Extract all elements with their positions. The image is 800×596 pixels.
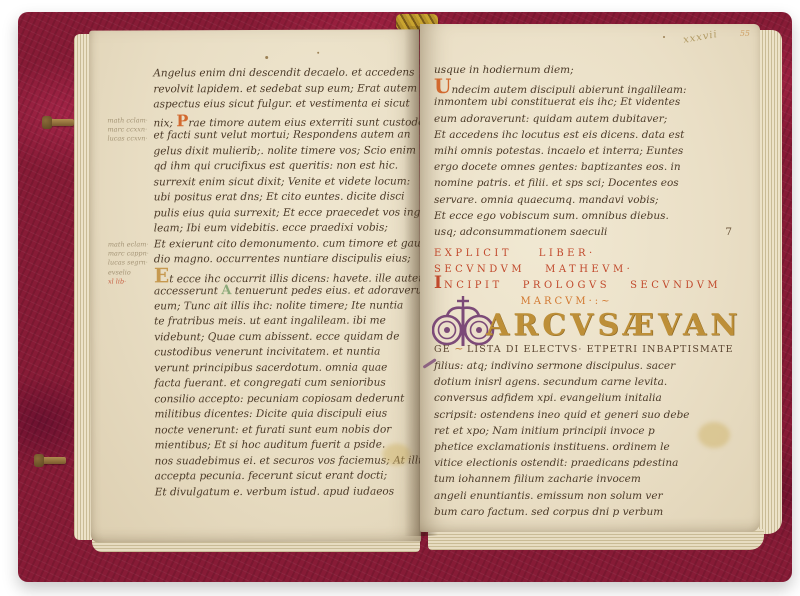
text-segment-rub: SECVNDVM MATHEVM·	[434, 264, 633, 275]
text-line: et facti sunt velut mortui; Respondens a…	[153, 127, 429, 143]
text-line: Et ecce ihc occurrit illis dicens: havet…	[154, 267, 430, 283]
text-segment-ink: verunt principibus sacerdotum. omnia qua…	[154, 361, 387, 374]
text-segment-flo-o: ~	[451, 342, 467, 355]
text-segment-ink: custodibus venerunt incivitatem. et nunt…	[154, 346, 380, 359]
text-segment-ink: usq; adconsummationem saeculi	[434, 226, 607, 238]
text-line: Et accedens ihc locutus est eis dicens. …	[434, 127, 734, 143]
text-segment-ink: te fratribus meis. ut eant ingalileam. i…	[154, 315, 386, 328]
text-segment-ink: dio magno. occurrentes nuntiare discipul…	[154, 252, 411, 265]
text-segment-ink: gelus dixit mulierib;. nolite timere vos…	[154, 144, 416, 157]
text-line: accepta pecunia. fecerunt sicut erant do…	[155, 468, 431, 484]
text-line: dotium inisrl agens. secundum carne levi…	[434, 374, 734, 390]
clasp-pin-knob	[42, 116, 52, 129]
text-line: usq; adconsummationem saeculi7	[434, 224, 734, 240]
text-line: phetice exclamationis instituens. ordine…	[434, 439, 734, 455]
text-line: math cclam·	[107, 112, 147, 121]
text-segment-init-o: P	[176, 111, 188, 130]
text-segment-ink: leam; Ibi eum videbitis. ecce praedixi v…	[154, 222, 388, 235]
text-segment-ink: pulis eius quia surrexit; Et ecce praece…	[154, 206, 434, 219]
left-page: math cclam·marc ccxxn·lucas ccxvn· math …	[89, 29, 421, 542]
text-line: nomine patris. et filii. et sps sci; Doc…	[434, 175, 734, 191]
text-line: revolvit lapidem. et sedebat sup eum; Er…	[153, 81, 429, 97]
text-line: INCIPIT PROLOGVS SECVNDVM	[434, 275, 734, 291]
text-line: ergo docete omnes gentes: baptizantes eo…	[434, 159, 734, 175]
mark-prologue-text: filius: atq; indivino sermone discipulus…	[434, 358, 734, 520]
text-segment-ink: phetice exclamationis instituens. ordine…	[434, 441, 670, 453]
clasp-pin-stem	[50, 119, 74, 126]
text-line: eum; Tunc ait illis ihc: nolite timere; …	[154, 298, 430, 314]
text-line: ret et xpo; Nam initium principii invoce…	[434, 423, 734, 439]
text-line: scripsit: ostendens ineo quid et generi …	[434, 407, 734, 423]
text-segment-note: lucas ccxvn·	[107, 134, 147, 142]
text-line: Et ecce ego vobiscum sum. omnibus diebus…	[434, 208, 734, 224]
text-line: xl lib·	[108, 273, 131, 282]
text-line: filius: atq; indivino sermone discipulus…	[434, 358, 734, 374]
text-line: eum adoraverunt: quidam autem dubitaver;	[434, 111, 734, 127]
text-segment-ink: Et accedens ihc locutus est eis dicens. …	[434, 129, 684, 141]
text-line: dio magno. occurrentes nuntiare discipul…	[154, 251, 430, 267]
text-line: math eclam·	[108, 236, 149, 245]
text-segment-ink: accepta pecunia. fecerunt sicut erant do…	[155, 470, 388, 483]
text-segment-ink: nomine patris. et filii. et sps sci; Doc…	[434, 177, 679, 189]
text-segment-ink: nix;	[153, 117, 176, 129]
text-line: verunt principibus sacerdotum. omnia qua…	[154, 360, 430, 376]
text-segment-ink: ergo docete omnes gentes: baptizantes eo…	[434, 161, 681, 173]
text-segment-ink: aspectus eius sicut fulgur. et vestiment…	[153, 97, 409, 110]
text-line: ubi positus erat dns; Et cito euntes. di…	[154, 189, 430, 205]
text-line: Undecim autem discipuli abierunt ingalil…	[434, 78, 734, 94]
text-segment-ink: mihi omnis potestas. incaelo et interra;…	[434, 145, 683, 157]
text-line: accesserunt A tenuerunt pedes eius. et a…	[154, 282, 430, 298]
text-line: consilio accepto: pecuniam copiosam dede…	[154, 391, 430, 407]
margin-gloss-2: math eclam·marc cappn·lucas segrn·	[108, 236, 149, 263]
text-segment-ink: inmontem ubi constituerat eis ihc; Et vi…	[434, 96, 680, 108]
text-segment-rub-big: I	[434, 273, 444, 293]
text-segment-ink: consilio accepto: pecuniam copiosam dede…	[154, 392, 404, 405]
text-line: GE ~ LISTA DI ELECTVS· ETPETRI INBAPTISM…	[434, 340, 734, 354]
text-segment-caps: LISTA DI ELECTVS· ETPETRI INBAPTISMATE	[467, 344, 734, 355]
text-line: lucas segrn·	[108, 254, 149, 263]
text-line: bum caro factum. sed corpus dni p verbum	[434, 504, 734, 520]
text-line: nocte venerunt: et furati sunt eum nobis…	[154, 422, 430, 438]
text-segment-ink: eum; Tunc ait illis ihc: nolite timere; …	[154, 299, 403, 312]
text-line: inmontem ubi constituerat eis ihc; Et vi…	[434, 94, 734, 110]
text-line: nix; Prae timore autem eius exterriti su…	[153, 112, 429, 128]
text-line: custodibus venerunt incivitatem. et nunt…	[154, 344, 430, 360]
text-segment-ink: mientibus; Et si hoc auditum fuerit a ps…	[155, 439, 386, 452]
text-segment-ink: dotium inisrl agens. secundum carne levi…	[434, 376, 667, 388]
display-capitals: ARCVSÆVAN	[486, 308, 742, 343]
margin-gloss-3: evselioxl lib·	[108, 264, 131, 282]
text-line: surrexit enim sicut dixit; Venite et vid…	[154, 174, 430, 190]
text-line: qd ihm qui crucifixus est queritis: non …	[154, 158, 430, 174]
text-line: facta fuerant. et congregati cum seniori…	[154, 375, 430, 391]
text-line: Et divulgatum e. verbum istud. apud iuda…	[155, 484, 431, 500]
text-segment-caps: GE	[434, 344, 451, 355]
text-segment-init-g: A	[221, 283, 231, 298]
text-line: te fratribus meis. ut eant ingalileam. i…	[154, 313, 430, 329]
text-line: usque in hodiernum diem;	[434, 62, 734, 78]
margin-gloss-1: math cclam·marc ccxxn·lucas ccxvn·	[107, 112, 147, 139]
text-segment-ink: Et ecce ego vobiscum sum. omnibus diebus…	[434, 210, 669, 222]
text-segment-tiro: 7	[725, 224, 732, 240]
text-segment-ink: surrexit enim sicut dixit; Venite et vid…	[154, 175, 411, 188]
caps-continuation-line: GE ~ LISTA DI ELECTVS· ETPETRI INBAPTISM…	[434, 340, 734, 354]
text-line: Et exierunt cito demonumento. cum timore…	[154, 236, 430, 252]
parchment-stain	[698, 422, 730, 448]
text-segment-note-red: xl lib·	[108, 277, 126, 285]
text-line: conversus adfidem xpi. evangelium inital…	[434, 390, 734, 406]
clasp-pin-knob	[34, 454, 44, 467]
text-line: militibus dicentes: Dicite quia discipul…	[154, 406, 430, 422]
text-segment-ink: qd ihm qui crucifixus est queritis: non …	[154, 160, 398, 173]
text-segment-ink: Angelus enim dni descendit decaelo. et a…	[153, 66, 414, 79]
text-segment-ink: videbunt; Quae cum abissent. ecce quidam…	[154, 330, 399, 343]
matthew-ending-text: usque in hodiernum diem;Undecim autem di…	[434, 62, 734, 240]
text-segment-ink: usque in hodiernum diem;	[434, 64, 574, 76]
speck	[265, 56, 268, 59]
text-line: aspectus eius sicut fulgur. et vestiment…	[153, 96, 429, 112]
text-segment-ink: ret et xpo; Nam initium principii invoce…	[434, 425, 655, 437]
manuscript-photo: math cclam·marc ccxxn·lucas ccxvn· math …	[0, 0, 800, 596]
text-segment-rub: EXPLICIT LIBER·	[434, 248, 596, 259]
bottom-page-edges-right	[428, 529, 764, 550]
text-line: marc ccxxn·	[107, 121, 147, 130]
text-line: leam; Ibi eum videbitis. ecce praedixi v…	[154, 220, 430, 236]
text-segment-ink: filius: atq; indivino sermone discipulus…	[434, 360, 675, 372]
text-segment-ink: eum adoraverunt: quidam autem dubitaver;	[434, 113, 667, 125]
text-segment-ink: nos suadebimus ei. et securos vos faciem…	[155, 454, 422, 467]
text-line: lucas ccxvn·	[107, 130, 147, 139]
text-segment-ink: nocte venerunt: et furati sunt eum nobis…	[154, 423, 391, 436]
text-line: SECVNDVM MATHEVM·	[434, 259, 734, 275]
text-line: marc cappn·	[108, 245, 149, 254]
left-page-text: Angelus enim dni descendit decaelo. et a…	[153, 65, 431, 500]
text-line: servare. omnia quaecumq. mandavi vobis;	[434, 192, 734, 208]
text-segment-ink: servare. omnia quaecumq. mandavi vobis;	[434, 194, 659, 206]
speck	[663, 36, 665, 38]
right-page: xxxvii 55 usque in hodiernum diem;Undeci…	[420, 24, 760, 532]
text-segment-ink: militibus dicentes: Dicite quia discipul…	[154, 408, 387, 421]
text-line: evselio	[108, 264, 131, 273]
pencil-number: 55	[740, 29, 750, 38]
text-segment-ink: scripsit: ostendens ineo quid et generi …	[434, 409, 690, 421]
text-line: angeli enuntiantis. emissum non solum ve…	[434, 488, 734, 504]
text-segment-ink: facta fuerant. et congregati cum seniori…	[154, 377, 386, 390]
folio-number: xxxvii	[682, 29, 718, 46]
clasp-pin-stem	[42, 457, 66, 464]
text-line: tum iohannem filium zacharie invocem	[434, 471, 734, 487]
text-segment-ink: Et exierunt cito demonumento. cum timore…	[154, 237, 421, 250]
text-segment-ink: et facti sunt velut mortui; Respondens a…	[153, 128, 410, 141]
text-segment-ink: vitice electionis ostendit: praedicans p…	[434, 457, 678, 469]
text-segment-ink: revolvit lapidem. et sedebat sup eum; Er…	[153, 82, 417, 95]
text-line: Angelus enim dni descendit decaelo. et a…	[153, 65, 429, 81]
text-segment-ink: tum iohannem filium zacharie invocem	[434, 473, 641, 485]
text-segment-ink: accesserunt	[154, 285, 221, 297]
text-segment-ink: conversus adfidem xpi. evangelium inital…	[434, 392, 662, 404]
text-line: videbunt; Quae cum abissent. ecce quidam…	[154, 329, 430, 345]
text-line: EXPLICIT LIBER·	[434, 243, 734, 259]
text-line: gelus dixit mulierib;. nolite timere vos…	[154, 143, 430, 159]
text-line: mihi omnis potestas. incaelo et interra;…	[434, 143, 734, 159]
speck	[317, 52, 319, 54]
text-line: vitice electionis ostendit: praedicans p…	[434, 455, 734, 471]
text-segment-ink: angeli enuntiantis. emissum non solum ve…	[434, 490, 663, 502]
text-segment-ink: bum caro factum. sed corpus dni p verbum	[434, 506, 663, 518]
text-segment-ink: ubi positus erat dns; Et cito euntes. di…	[154, 190, 405, 203]
text-line: pulis eius quia surrexit; Et ecce praece…	[154, 205, 430, 221]
text-segment-rub: NCIPIT PROLOGVS SECVNDVM	[444, 280, 721, 291]
text-segment-ink: Et divulgatum e. verbum istud. apud iuda…	[155, 485, 394, 498]
